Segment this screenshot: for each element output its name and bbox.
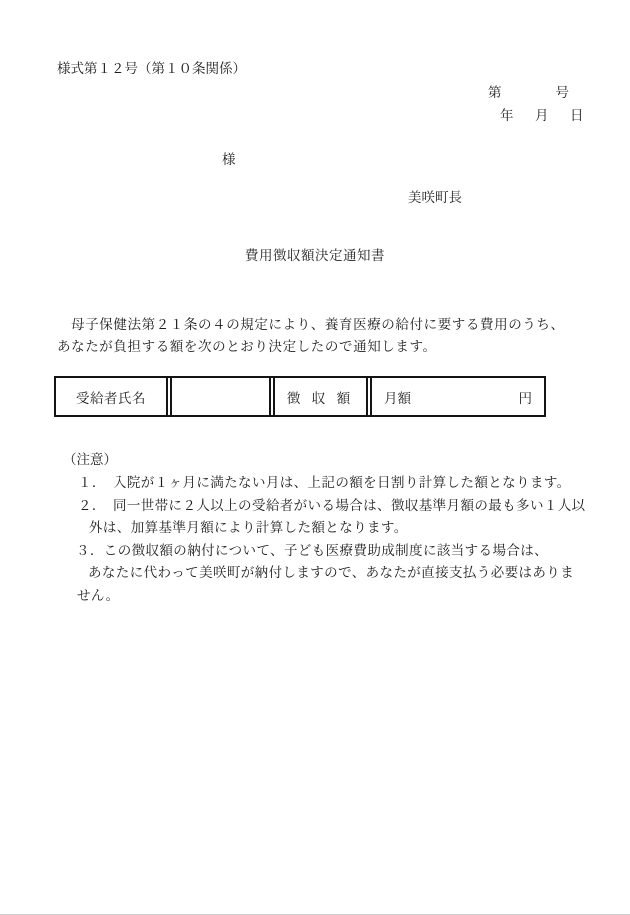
sender-mayor-name: 美咲町長 <box>408 190 462 207</box>
notes-heading: （注意） <box>63 452 117 469</box>
document-number-line: 第 号 <box>488 85 569 102</box>
addressee-honorific: 様 <box>222 152 236 169</box>
currency-unit-label: 円 <box>519 387 533 407</box>
form-number: 様式第１２号（第１０条関係） <box>57 61 246 78</box>
fee-table: 受給者氏名 徴 収 額 月額 円 <box>54 376 546 417</box>
recipient-name-label: 受給者氏名 <box>56 378 166 415</box>
collection-amount-label: 徴 収 額 <box>269 378 366 415</box>
monthly-amount-label: 月額 <box>384 387 411 407</box>
note-item-3-line-2: あなたに代わって美咲町が納付しますので、あなたが直接支払う必要はありま <box>88 565 574 582</box>
note-item-2-line-1: ２． 同一世帯に２人以上の受給者がいる場合は、徴収基準月額の最も多い１人以 <box>78 498 586 515</box>
note-item-1: １． 入院が１ヶ月に満たない月は、上記の額を日割り計算した額となります。 <box>78 475 571 492</box>
issue-date-line: 年 月 日 <box>500 108 588 125</box>
body-paragraph-line-1: 母子保健法第２１条の４の規定により、養育医療の給付に要する費用のうち、 <box>57 317 565 334</box>
note-item-3-line-3: せん。 <box>77 588 120 605</box>
monthly-amount-cell: 月額 円 <box>366 378 544 415</box>
notice-document-page: 様式第１２号（第１０条関係） 第 号 年 月 日 様 美咲町長 費用徴収額決定通… <box>0 0 630 915</box>
recipient-name-value-cell <box>166 378 269 415</box>
body-paragraph-line-2: あなたが負担する額を次のとおり決定したので通知します。 <box>57 339 437 356</box>
note-item-3-line-1: ３．この徴収額の納付について、子ども医療費助成制度に該当する場合は、 <box>76 543 548 560</box>
note-item-2-line-2: 外は、加算基準月額により計算した額となります。 <box>89 520 408 537</box>
document-title: 費用徴収額決定通知書 <box>0 248 630 265</box>
